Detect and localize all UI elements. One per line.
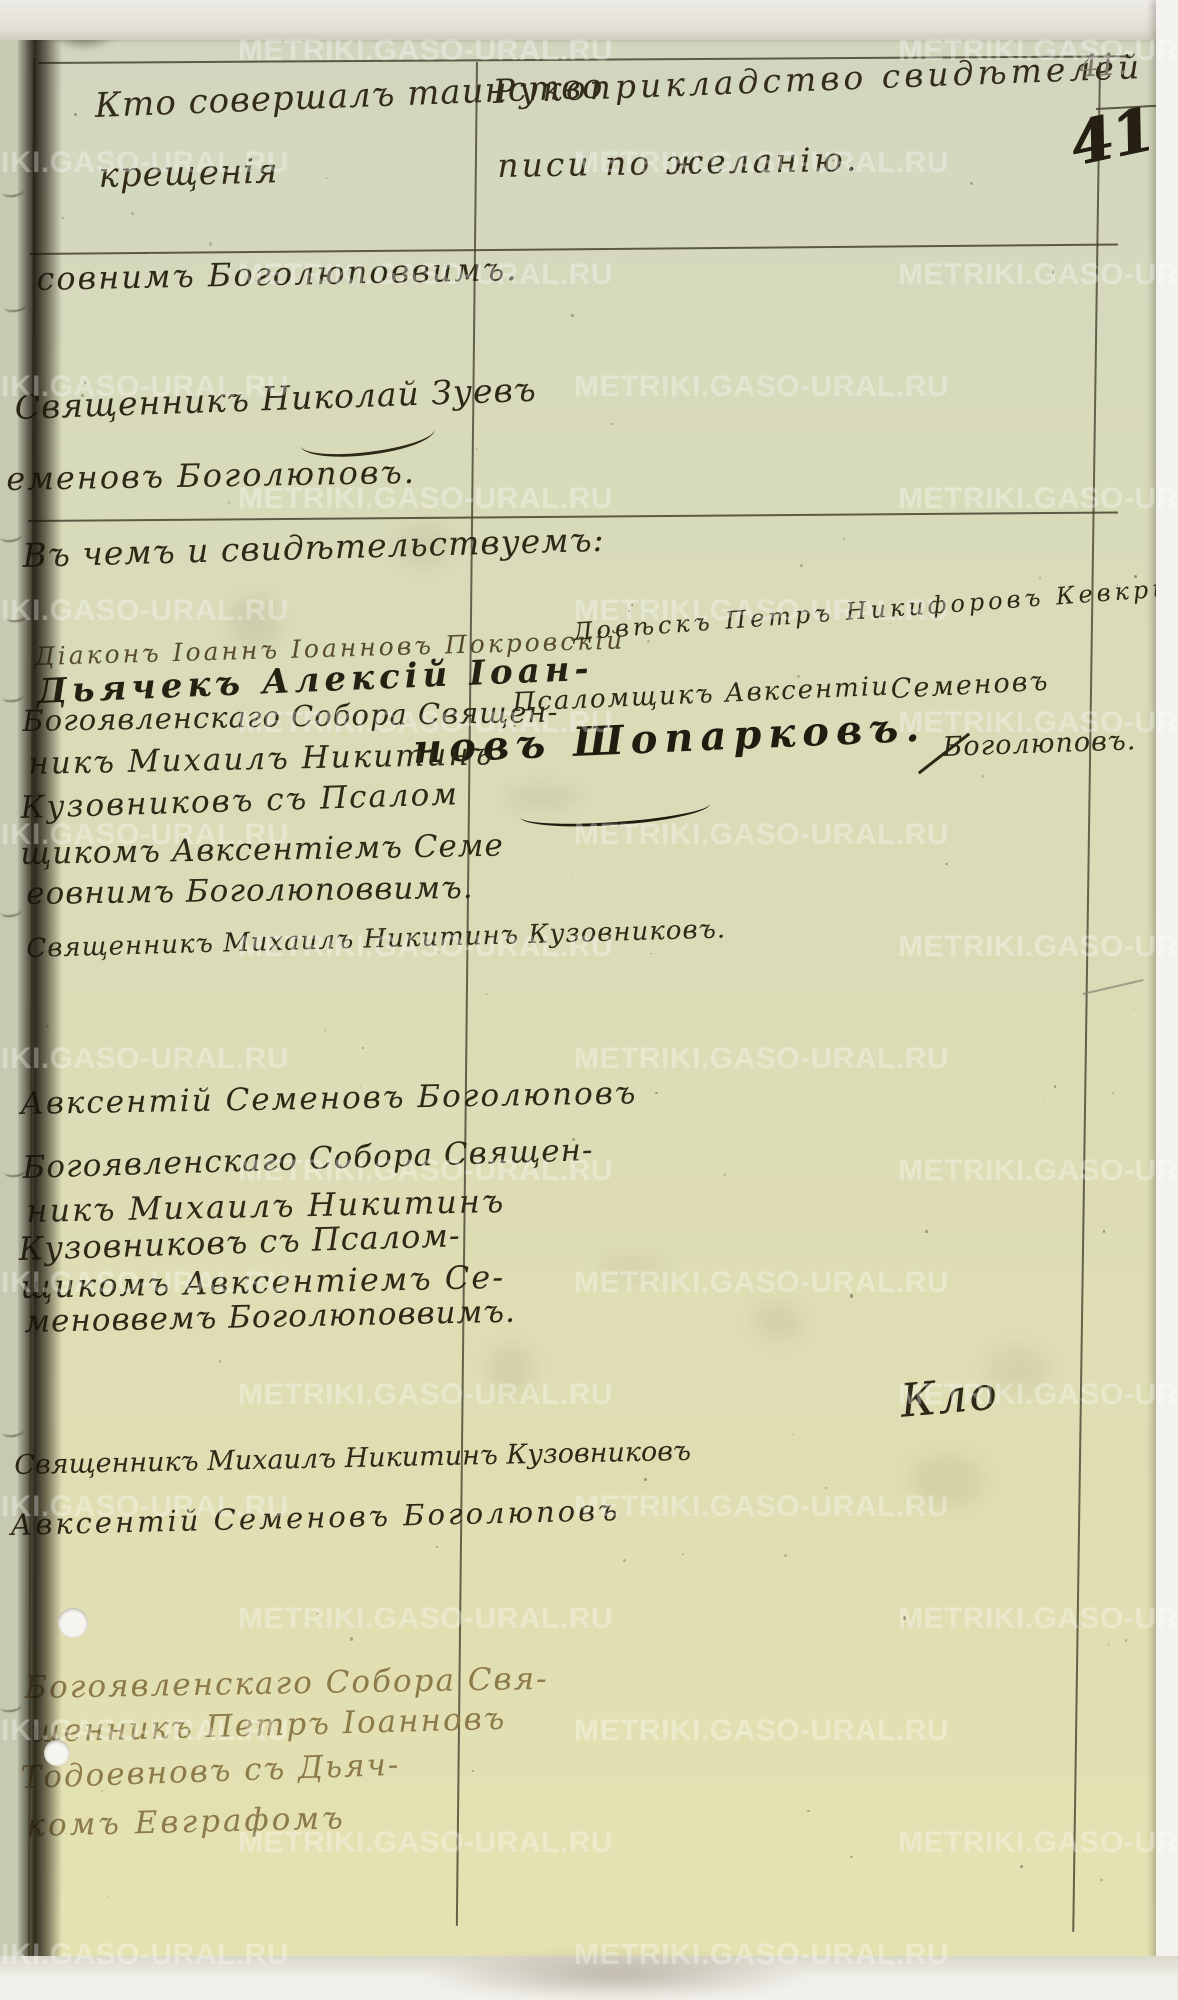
paper-speck: [631, 604, 633, 606]
paper-speck: [1100, 1879, 1102, 1881]
paper-speck: [1020, 1865, 1023, 1868]
clergy-block1-line5: еовнимъ Боголюповвимъ.: [26, 870, 474, 912]
paper-speck: [792, 1434, 793, 1435]
paper-speck: [807, 1810, 809, 1812]
paper-speck: [945, 863, 947, 865]
margin-handwritten-mark: Кло: [898, 1365, 1001, 1427]
paper-speck: [486, 993, 487, 994]
paper-speck: [825, 1487, 827, 1489]
paper-speck: [850, 1856, 853, 1859]
scan-smudge: [420, 1950, 810, 2000]
paper-stain: [489, 1345, 533, 1395]
paper-speck: [628, 610, 630, 612]
paper-speck: [1125, 1639, 1127, 1641]
paper-speck: [655, 1092, 657, 1094]
paper-stain: [911, 1454, 983, 1509]
column2-header-line2: писи по желанію.: [497, 140, 860, 185]
scan-background-right: [1156, 0, 1178, 2000]
paper-speck: [1107, 1643, 1110, 1646]
paper-speck: [1112, 1092, 1114, 1094]
hole-punch: [44, 1740, 70, 1766]
paper-speck: [850, 1294, 853, 1297]
paper-speck: [84, 381, 87, 384]
scanned-metric-book-page: Кто совершалъ таинство крещенія Рукоприк…: [0, 0, 1178, 2000]
paper-speck: [843, 537, 845, 539]
paper-speck: [903, 1616, 906, 1619]
paper-speck: [317, 1613, 318, 1614]
paper-speck: [62, 217, 64, 219]
paper-speck: [970, 182, 973, 185]
scan-background-top: [0, 0, 1178, 40]
paper-speck: [623, 1559, 626, 1562]
paper-speck: [209, 242, 212, 245]
book-binding-shadow: [18, 0, 62, 2000]
paper-speck: [436, 1546, 438, 1548]
paper-speck: [644, 1478, 647, 1481]
paper-speck: [476, 448, 477, 449]
hole-punch: [58, 1608, 88, 1638]
paper-speck: [925, 1230, 928, 1233]
paper-speck: [647, 640, 650, 643]
entry-row1-line3: еменовъ Боголюповъ.: [6, 453, 416, 498]
paper-speck: [324, 1029, 327, 1032]
paper-speck: [1004, 1908, 1005, 1909]
column1-header-line2: крещенія: [98, 151, 279, 196]
paper-speck: [144, 252, 146, 254]
paper-speck: [350, 1637, 353, 1640]
paper-speck: [131, 212, 134, 215]
paper-speck: [982, 775, 985, 778]
page-number-pencil: 41.: [1078, 47, 1128, 85]
paper-speck: [1103, 1230, 1106, 1233]
